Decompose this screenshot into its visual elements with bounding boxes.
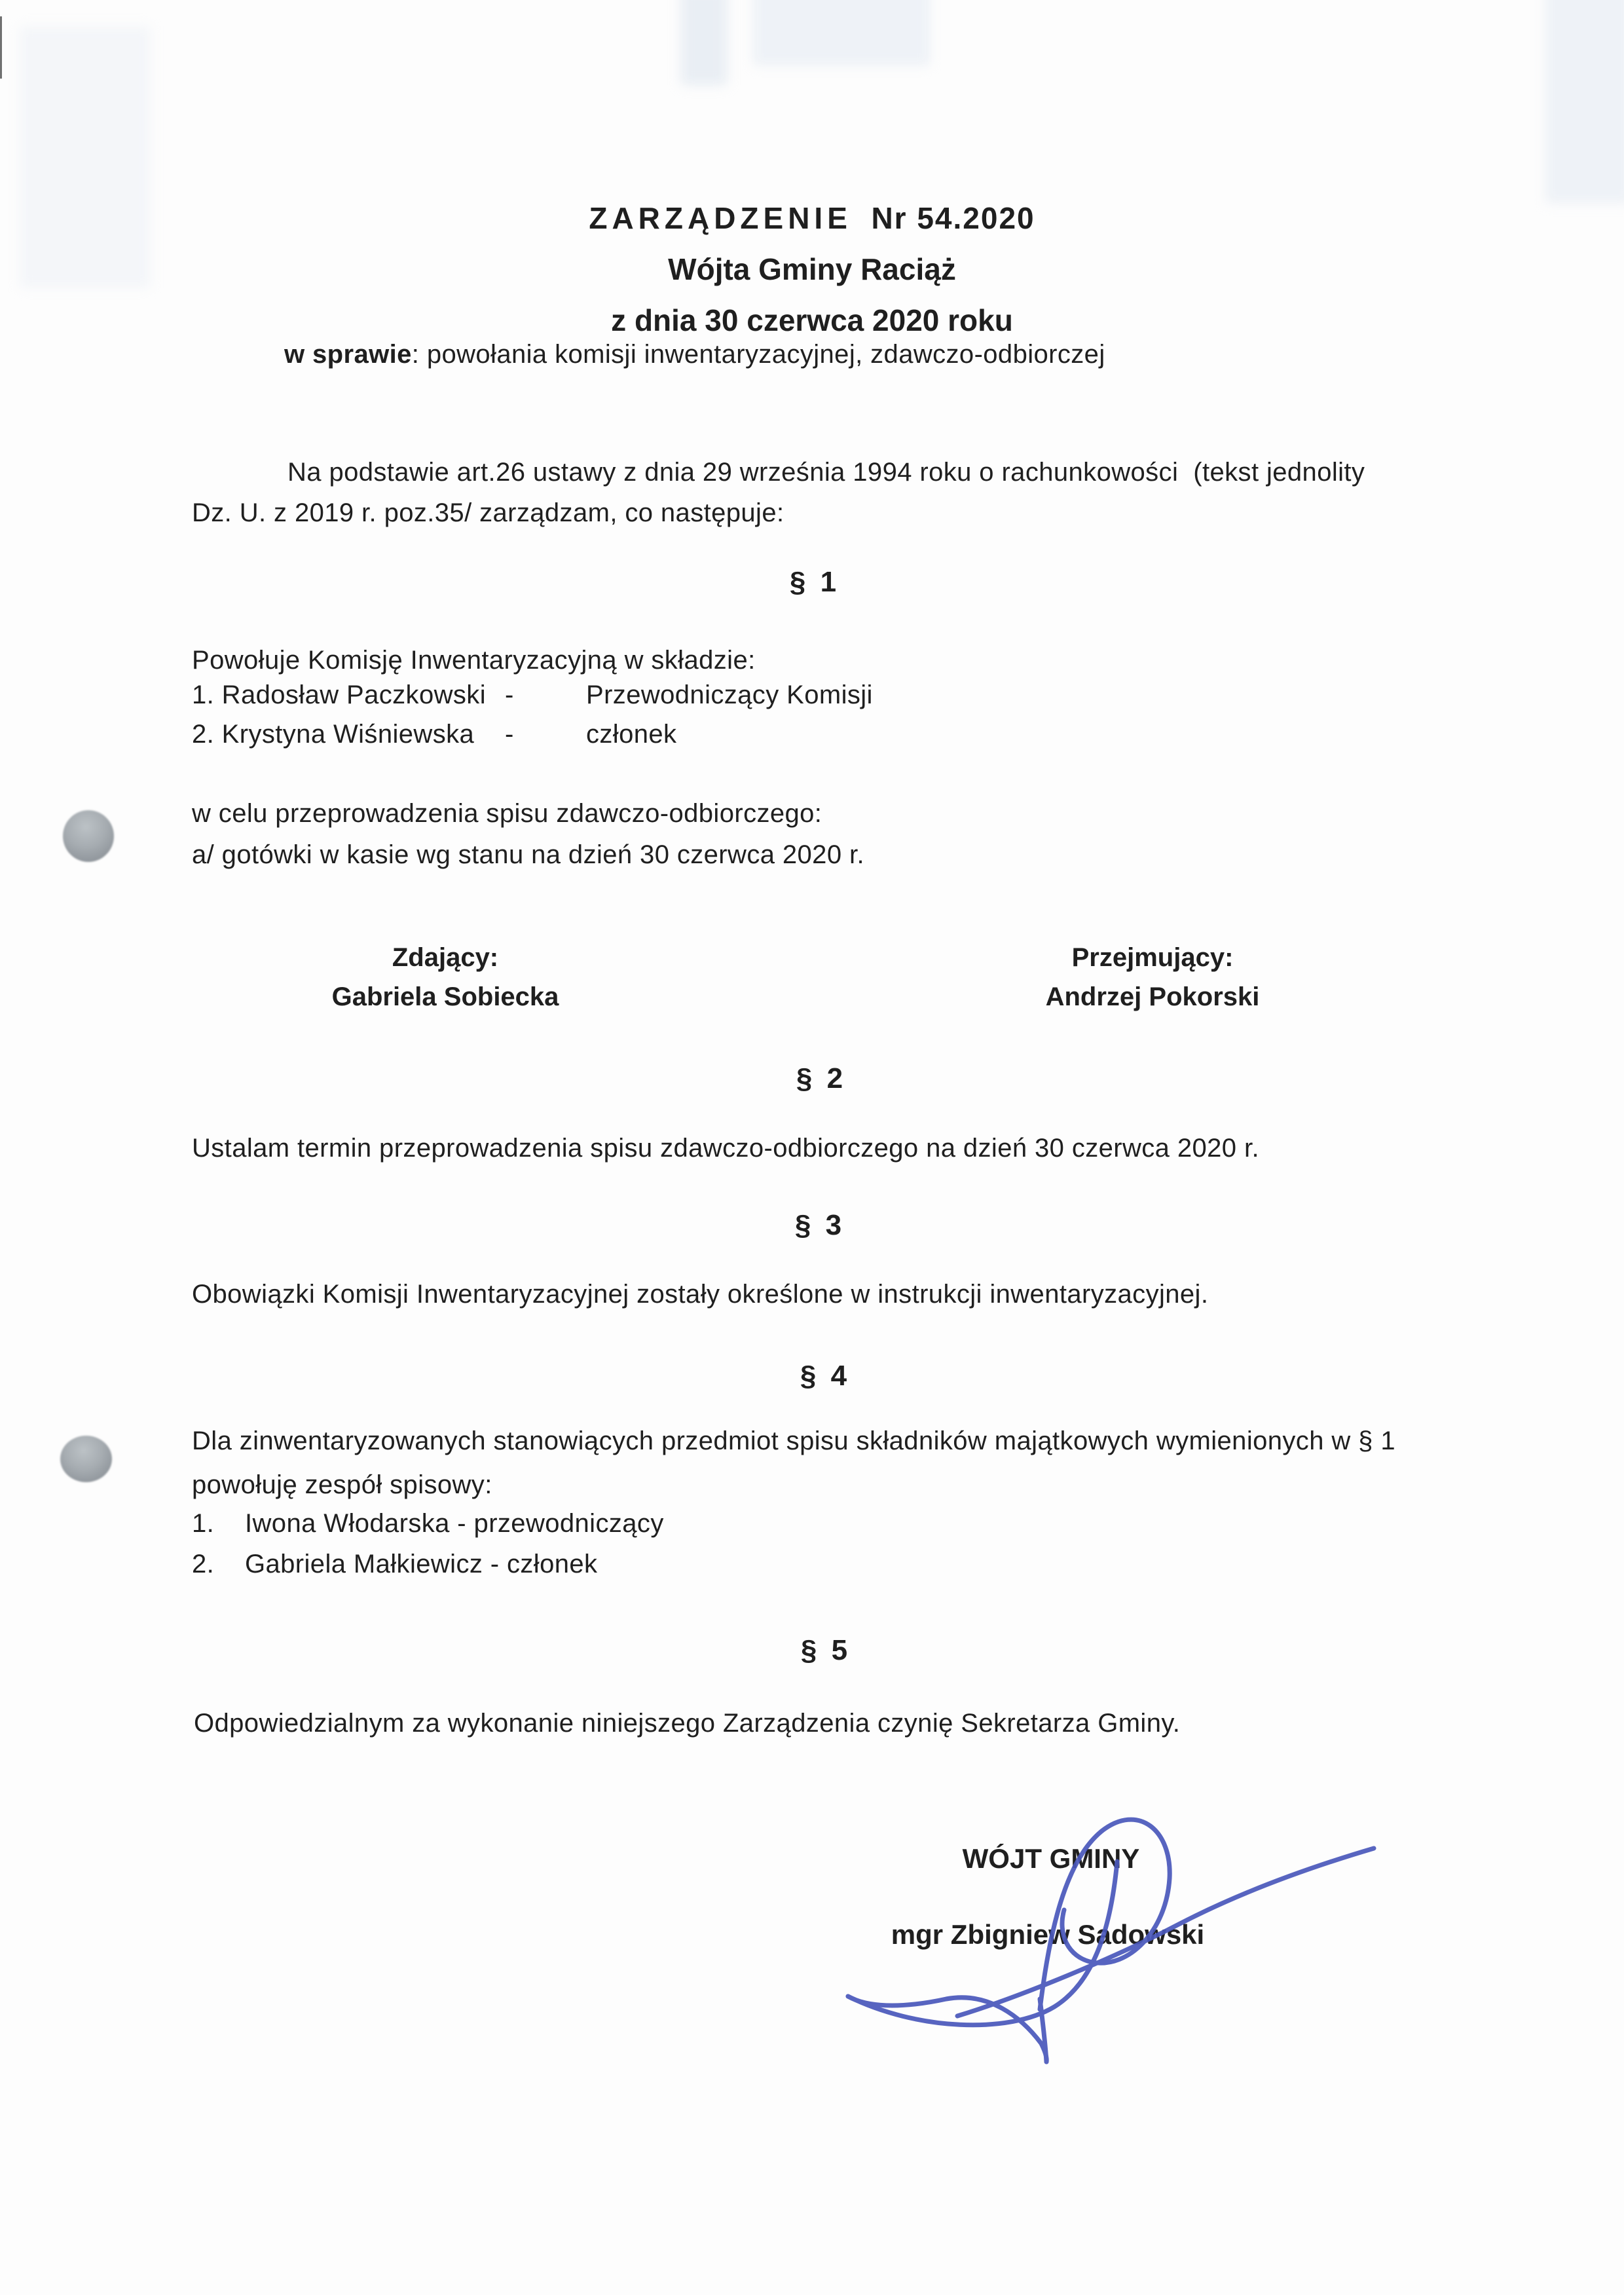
preamble-line-2: Dz. U. z 2019 r. poz.35/ zarządzam, co n… [192,496,784,529]
section-1-purpose-line-1: w celu przeprowadzenia spisu zdawczo-odb… [192,797,822,830]
team-member-number: 1. [192,1509,245,1539]
section-1-mark: § 1 [743,566,887,599]
commission-member-row: 1. Radosław Paczkowski-Przewodniczący Ko… [192,681,873,710]
member-role: Przewodniczący Komisji [586,681,873,710]
scanned-document-page: ZARZĄDZENIE Nr 54.2020 Wójta Gminy Racią… [0,0,1624,2295]
member-dash: - [505,720,586,749]
team-member-text: Iwona Włodarska - przewodniczący [245,1509,664,1539]
scan-streak [681,0,727,85]
section-1-intro: Powołuje Komisję Inwentaryzacyjną w skła… [192,644,756,677]
section-3-text: Obowiązki Komisji Inwentaryzacyjnej zost… [192,1278,1208,1311]
section-2-mark: § 2 [749,1062,893,1095]
title-ordinance-word: ZARZĄDZENIE [589,201,852,235]
hole-punch-dot [60,1436,112,1482]
inventory-team-row: 2.Gabriela Małkiewicz - członek [192,1550,597,1579]
receiving-party-name: Andrzej Pokorski [995,982,1310,1012]
team-member-number: 2. [192,1550,245,1579]
section-5-mark: § 5 [754,1634,898,1667]
section-4-line-1: Dla zinwentaryzowanych stanowiących prze… [192,1425,1395,1457]
section-4-mark: § 4 [753,1360,897,1392]
scan-streak [753,0,930,65]
title-ordinance-number: Nr 54.2020 [852,201,1035,235]
section-4-line-2: powołuję zespół spisowy: [192,1468,492,1501]
document-title-line-2: Wójta Gminy Raciąż [419,252,1205,287]
signature-flourish [957,1848,1374,2016]
member-name: 2. Krystyna Wiśniewska [192,720,505,749]
scan-streak [20,26,151,288]
member-name: 1. Radosław Paczkowski [192,681,505,710]
preamble-line-1: Na podstawie art.26 ustawy z dnia 29 wrz… [287,456,1365,489]
scan-edge-artifact [0,16,2,79]
receiving-party-label: Przejmujący: [995,943,1310,973]
subject-line: w sprawie: powołania komisji inwentaryza… [284,338,1105,371]
scan-streak [1545,0,1624,203]
document-title-line-3: z dnia 30 czerwca 2020 roku [419,303,1205,338]
section-2-text: Ustalam termin przeprowadzenia spisu zda… [192,1132,1259,1165]
member-dash: - [505,681,586,710]
commission-member-row: 2. Krystyna Wiśniewska-członek [192,720,676,749]
section-5-text: Odpowiedzialnym za wykonanie niniejszego… [194,1707,1180,1740]
signature-hook [848,1996,1046,2062]
subject-label: w sprawie [284,340,412,369]
section-1-purpose-line-2: a/ gotówki w kasie wg stanu na dzień 30 … [192,838,864,871]
handover-party-label: Zdający: [288,943,602,973]
section-3-mark: § 3 [748,1209,892,1242]
subject-text: : powołania komisji inwentaryzacyjnej, z… [412,340,1105,369]
hole-punch-dot [63,810,114,862]
handover-party-name: Gabriela Sobiecka [288,982,602,1012]
document-title-line-1: ZARZĄDZENIE Nr 54.2020 [419,200,1205,236]
team-member-text: Gabriela Małkiewicz - członek [245,1550,597,1579]
inventory-team-row: 1.Iwona Włodarska - przewodniczący [192,1509,664,1539]
signature-scribble [753,1768,1473,2135]
member-role: członek [586,720,676,749]
